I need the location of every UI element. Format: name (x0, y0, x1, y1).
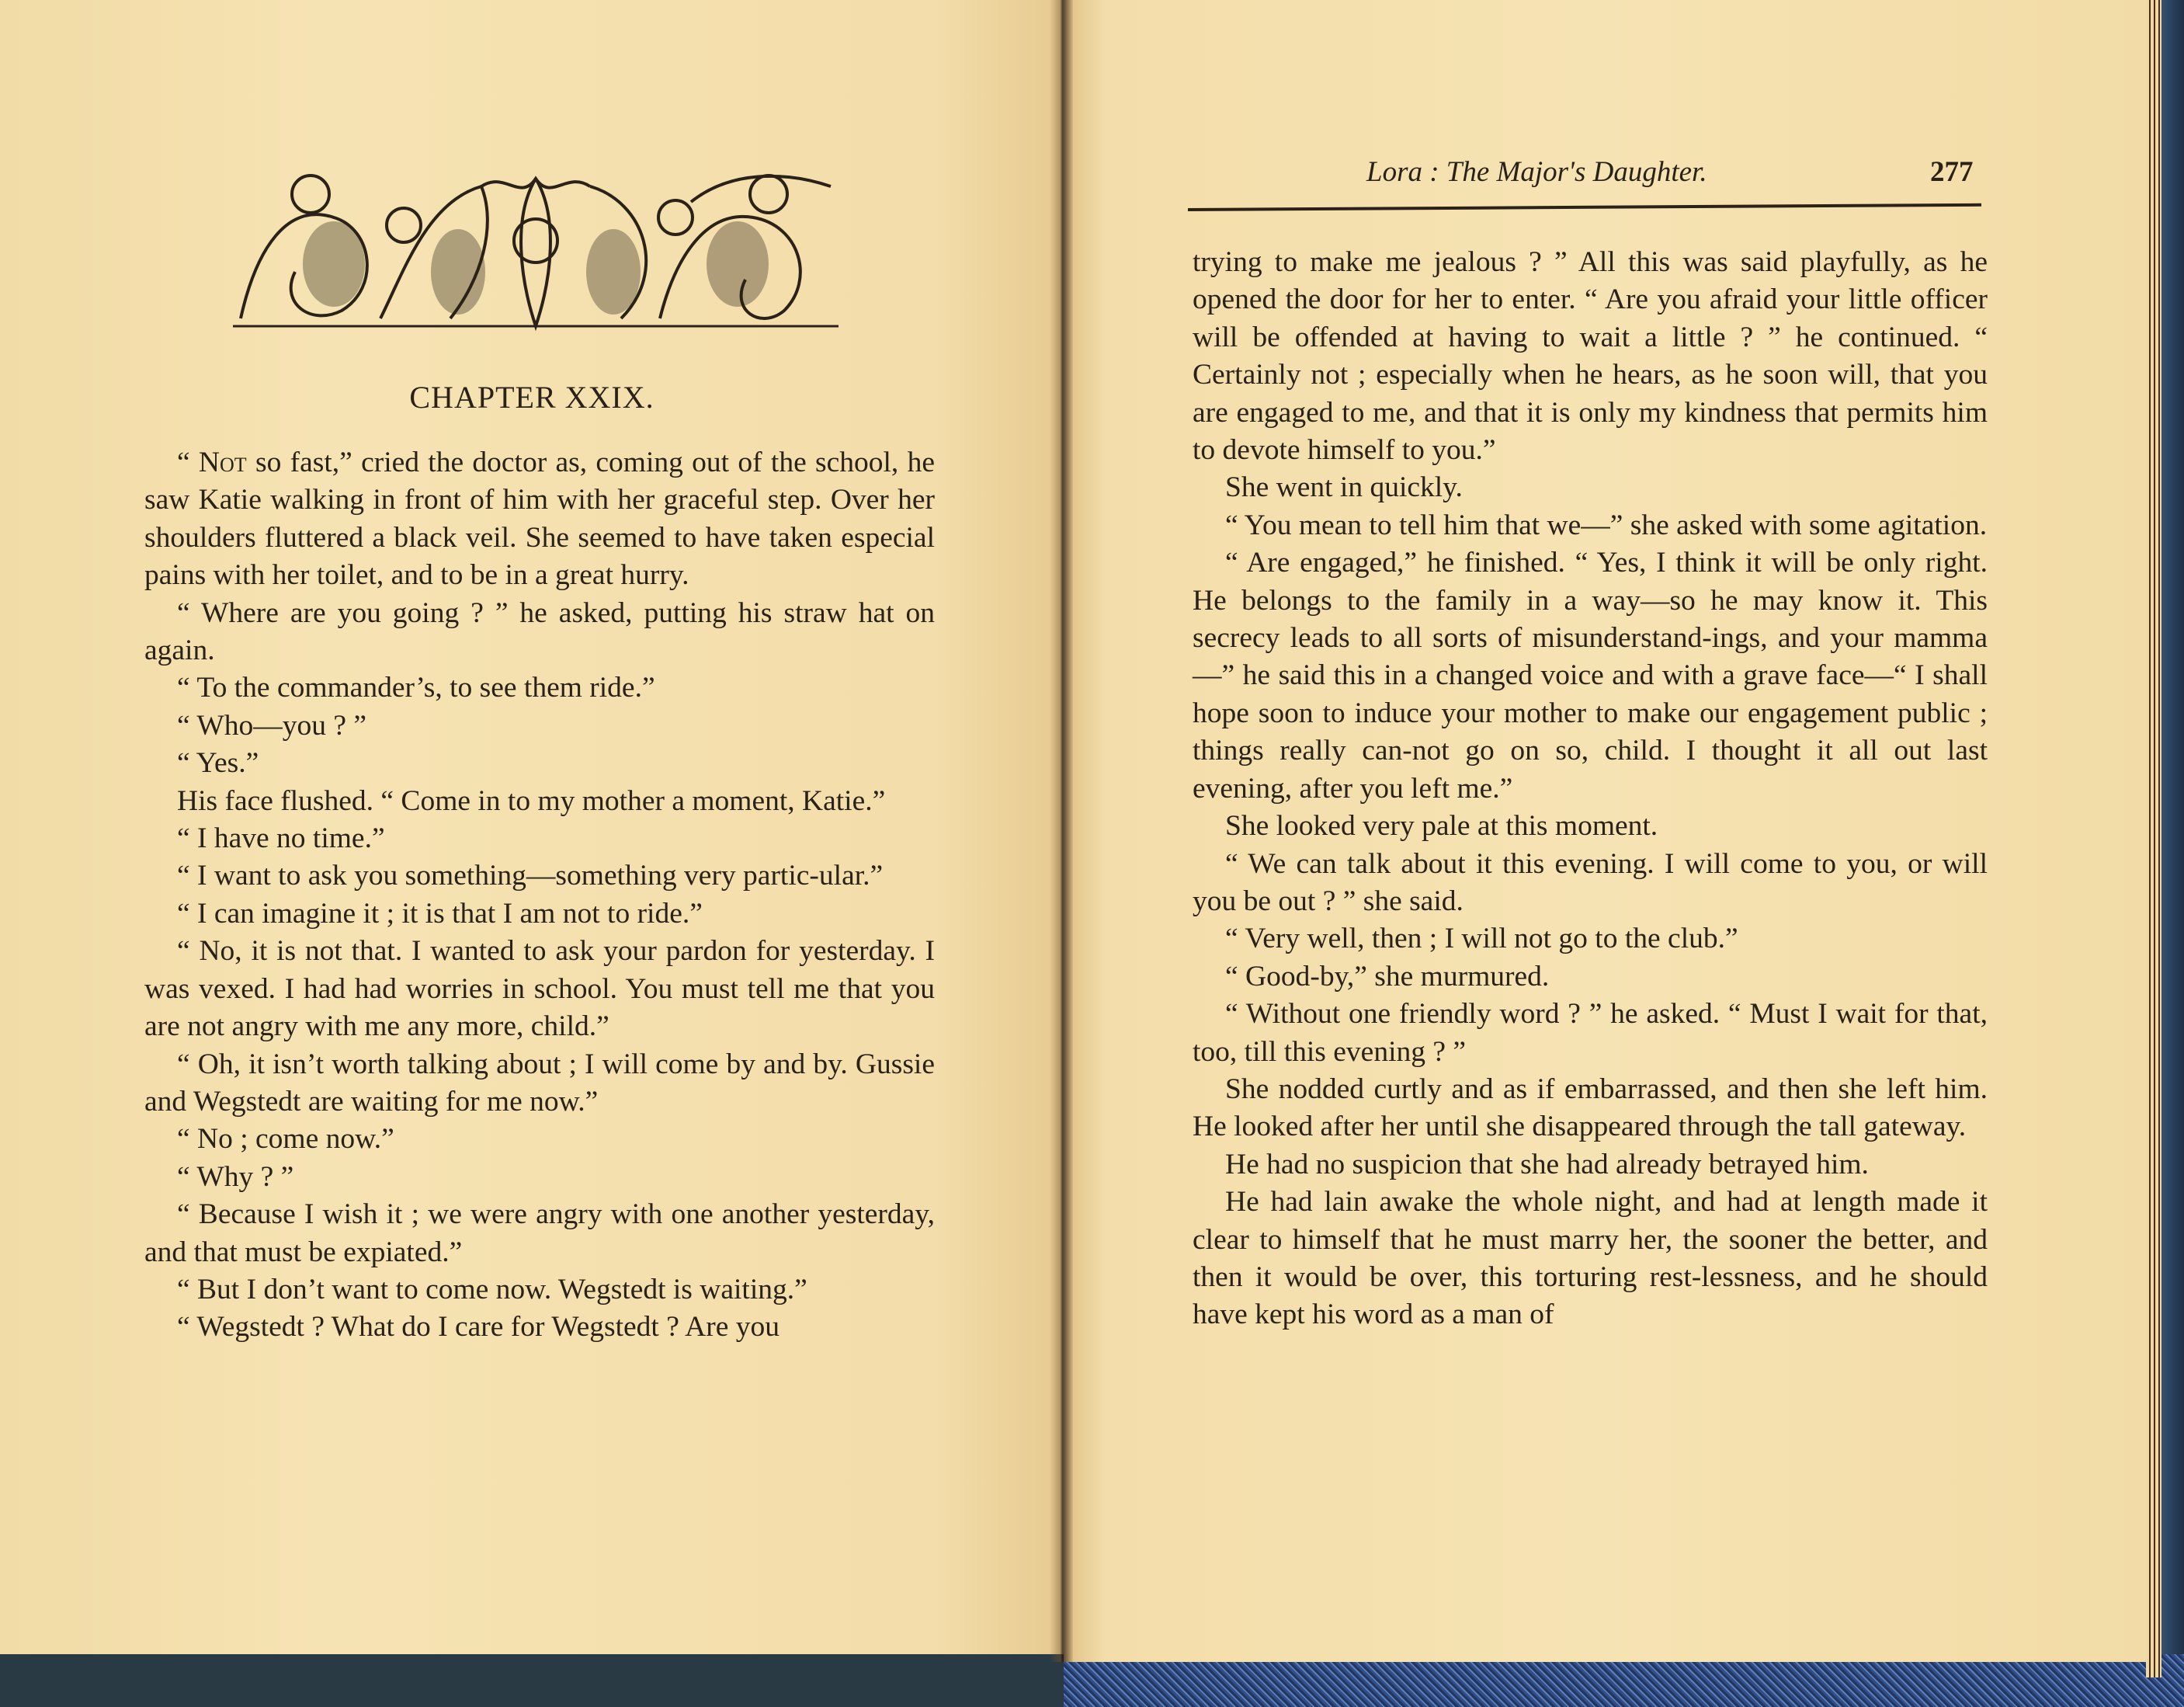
page-edges (2146, 0, 2161, 1677)
paragraph: “ I have no time.” (144, 820, 935, 857)
book-cover-cloth (1064, 1654, 2184, 1707)
paragraph: “ Because I wish it ; we were angry with… (144, 1196, 935, 1271)
left-page: CHAPTER XXIX. “ Not so fast,” cried the … (0, 0, 1064, 1654)
left-page-body: “ Not so fast,” cried the doctor as, com… (144, 444, 935, 1347)
paragraph: “ Without one friendly word ? ” he asked… (1193, 996, 1988, 1071)
page-number: 277 (1930, 155, 1974, 189)
chapter-title: CHAPTER XXIX. (0, 379, 1064, 415)
paragraph: “ No, it is not that. I wanted to ask yo… (144, 933, 935, 1045)
paragraph: “ You mean to tell him that we—” she ask… (1193, 507, 1988, 544)
paragraph: “ Who—you ? ” (144, 707, 935, 745)
paragraph: He had no suspicion that she had already… (1193, 1146, 1988, 1184)
paragraph: “ I want to ask you something—something … (144, 857, 935, 895)
paragraph: His face flushed. “ Come in to my mother… (144, 783, 935, 820)
paragraph: “ We can talk about it this evening. I w… (1193, 846, 1988, 921)
paragraph: “ Wegstedt ? What do I care for Wegstedt… (144, 1309, 935, 1346)
running-head: Lora : The Major's Daughter. (1366, 155, 1707, 189)
paragraph: She went in quickly. (1193, 469, 1988, 506)
paragraph: “ To the commander’s, to see them ride.” (144, 669, 935, 707)
paragraph: He had lain awake the whole night, and h… (1193, 1184, 1988, 1334)
book-gutter (1050, 0, 1073, 1662)
paragraph: “ Not so fast,” cried the doctor as, com… (144, 444, 935, 595)
paragraph: She nodded curtly and as if embarrassed,… (1193, 1071, 1988, 1146)
paragraph: “ Oh, it isn’t worth talking about ; I w… (144, 1046, 935, 1121)
paragraph: “ No ; come now.” (144, 1121, 935, 1158)
paragraph: “ Very well, then ; I will not go to the… (1193, 920, 1988, 958)
paragraph: “ Where are you going ? ” he asked, putt… (144, 595, 935, 670)
paragraph: trying to make me jealous ? ” All this w… (1193, 244, 1988, 469)
right-page-body: trying to make me jealous ? ” All this w… (1193, 244, 1988, 1334)
paragraph: “ Why ? ” (144, 1159, 935, 1196)
paragraph: “ But I don’t want to come now. Wegstedt… (144, 1271, 935, 1309)
paragraph: “ Are engaged,” he finished. “ Yes, I th… (1193, 544, 1988, 808)
paragraph: She looked very pale at this moment. (1193, 808, 1988, 845)
decorative-headpiece-icon (225, 155, 846, 334)
paragraph: “ Good-by,” she murmured. (1193, 958, 1988, 996)
paragraph: “ I can imagine it ; it is that I am not… (144, 895, 935, 933)
paragraph: “ Yes.” (144, 745, 935, 782)
